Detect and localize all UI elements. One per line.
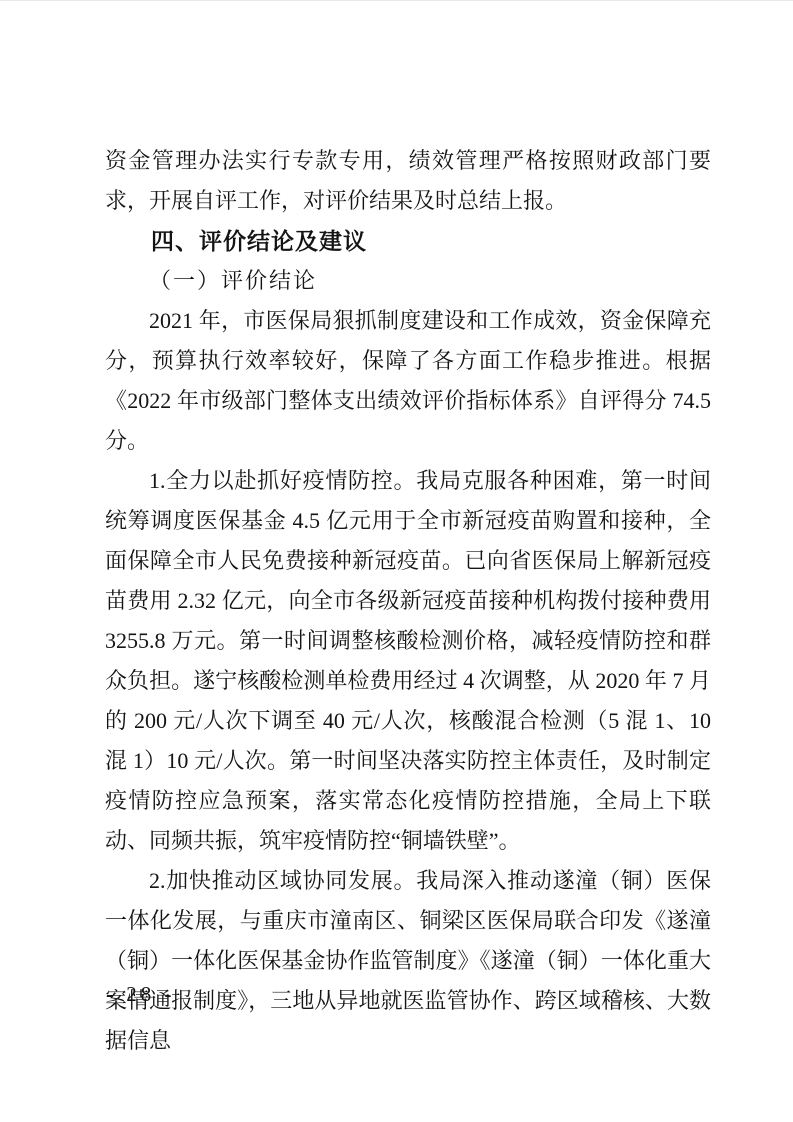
subsection-heading: （一）评价结论: [105, 261, 711, 301]
paragraph: 1.全力以赴抓好疫情防控。我局克服各种困难，第一时间统筹调度医保基金 4.5 亿…: [105, 461, 711, 861]
page-number: - 28 -: [106, 982, 176, 1007]
section-heading: 四、评价结论及建议: [105, 221, 711, 261]
paragraph-continuation: 资金管理办法实行专款专用，绩效管理严格按照财政部门要求，开展自评工作，对评价结果…: [105, 141, 711, 221]
document-body: 资金管理办法实行专款专用，绩效管理严格按照财政部门要求，开展自评工作，对评价结果…: [105, 141, 711, 1061]
paragraph: 2021 年，市医保局狠抓制度建设和工作成效，资金保障充分，预算执行效率较好，保…: [105, 301, 711, 461]
paragraph: 2.加快推动区域协同发展。我局深入推动遂潼（铜）医保一体化发展，与重庆市潼南区、…: [105, 861, 711, 1061]
document-page: 资金管理办法实行专款专用，绩效管理严格按照财政部门要求，开展自评工作，对评价结果…: [0, 0, 793, 1122]
